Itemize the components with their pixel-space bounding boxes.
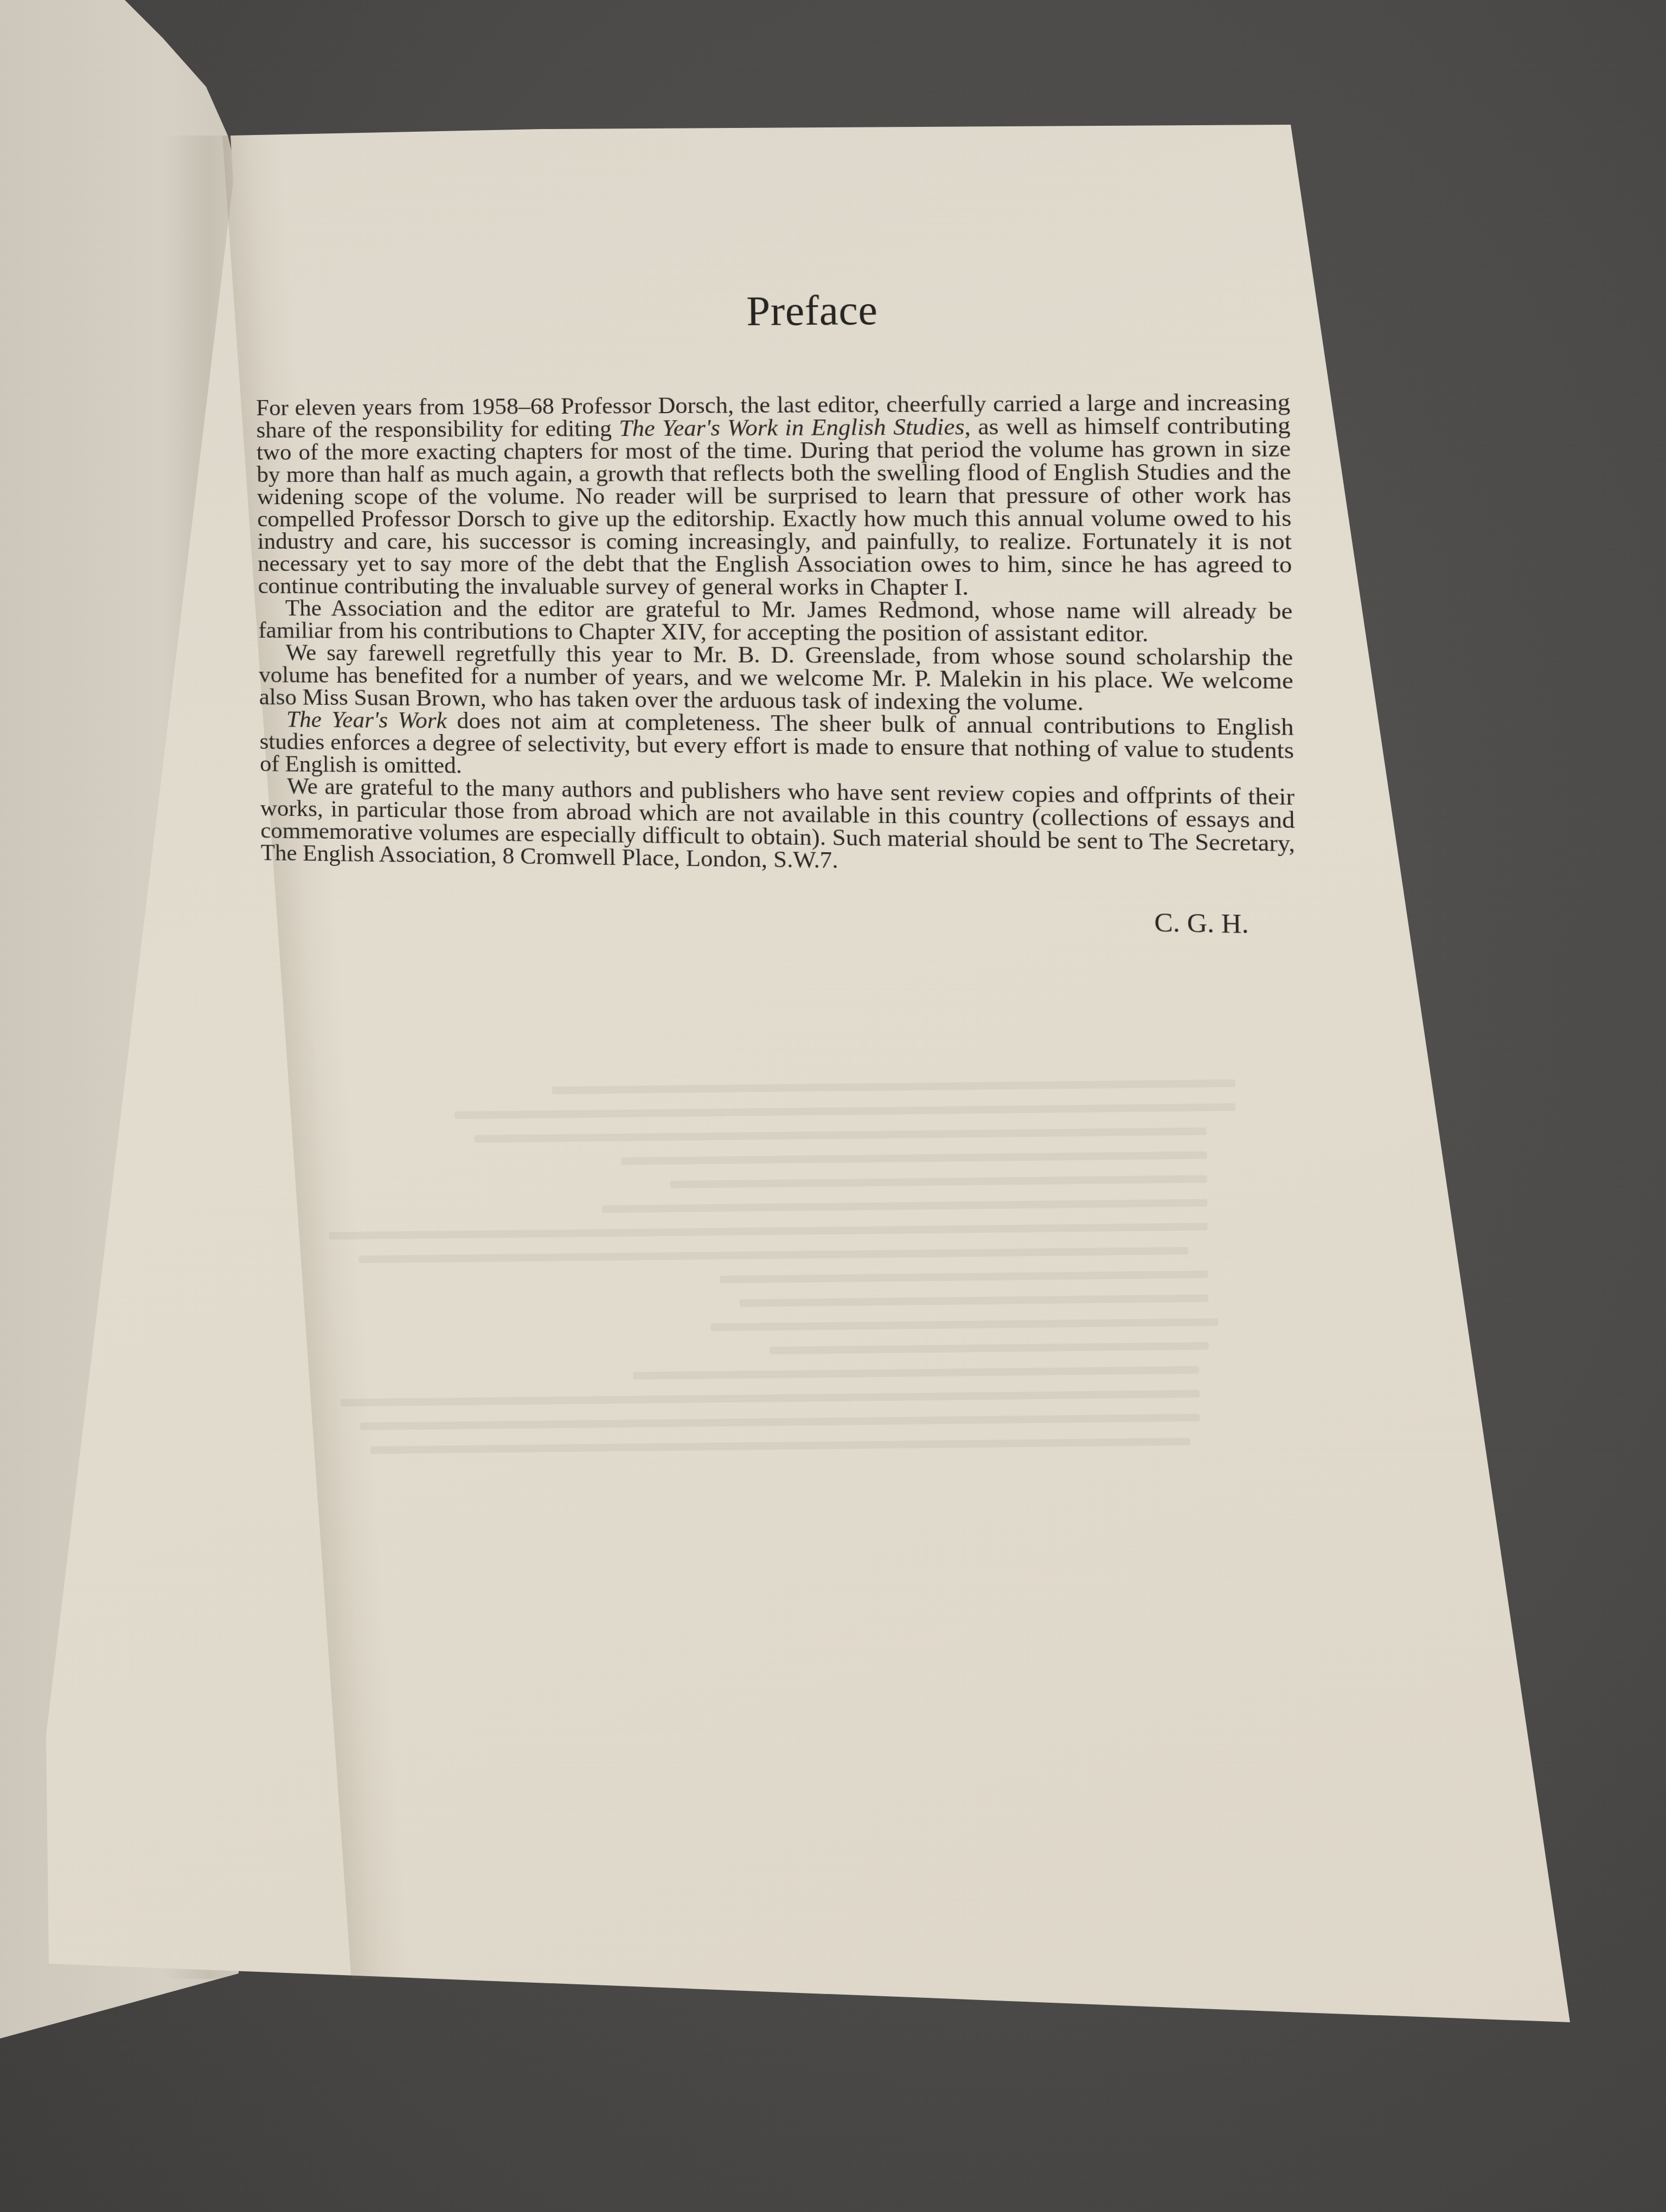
- paragraph-1-text-cont: , as well as himself contributing two of…: [257, 412, 1292, 600]
- paragraph-5: We are grateful to the many authors and …: [260, 775, 1295, 878]
- paragraph-1: For eleven years from 1958–68 Professor …: [256, 391, 1292, 600]
- reverse-side-show-through: [279, 1079, 1261, 1740]
- paragraph-5-text: We are grateful to the many authors and …: [260, 774, 1295, 874]
- preface-text-block: Preface For eleven years from 1958–68 Pr…: [255, 282, 1296, 941]
- paragraph-3: We say farewell regretfully this year to…: [259, 641, 1294, 716]
- page-title: Preface: [353, 282, 1289, 339]
- ink-speck: [1252, 616, 1254, 619]
- paragraph-2: The Association and the editor are grate…: [258, 597, 1293, 646]
- paragraph-2-text: The Association and the editor are grate…: [258, 595, 1292, 647]
- paragraph-4: The Year's Work does not aim at complete…: [259, 708, 1295, 786]
- paragraph-3-text: We say farewell regretfully this year to…: [259, 640, 1293, 716]
